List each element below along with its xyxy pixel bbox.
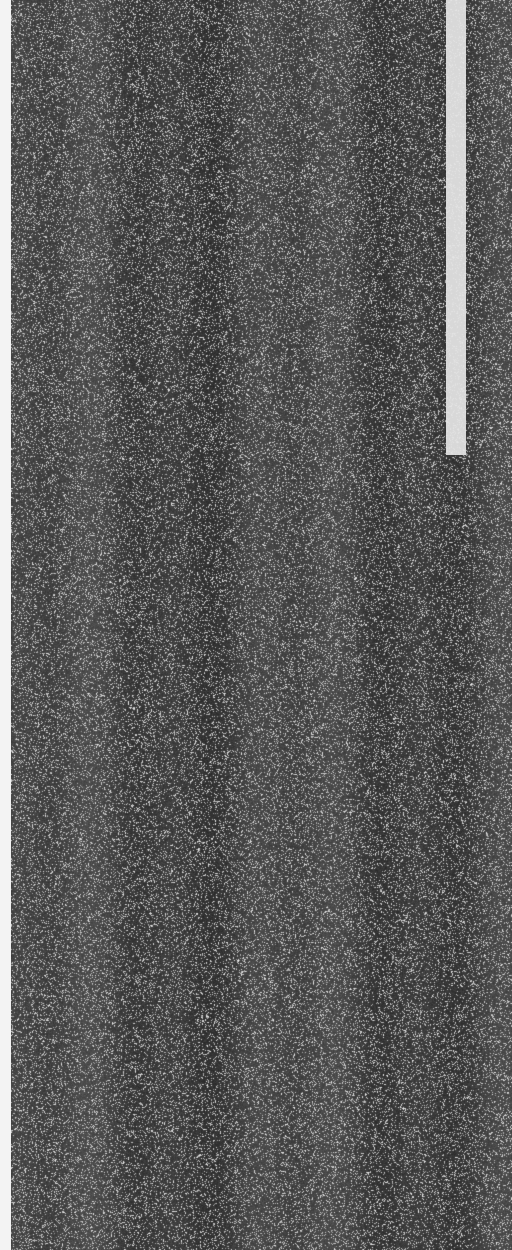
noisy-photo	[0, 0, 512, 1250]
asphalt-surface	[11, 0, 512, 1250]
speckle-noise-layer	[11, 0, 512, 1250]
lane-marking-stripe	[446, 0, 466, 455]
left-margin-strip	[0, 0, 11, 1250]
